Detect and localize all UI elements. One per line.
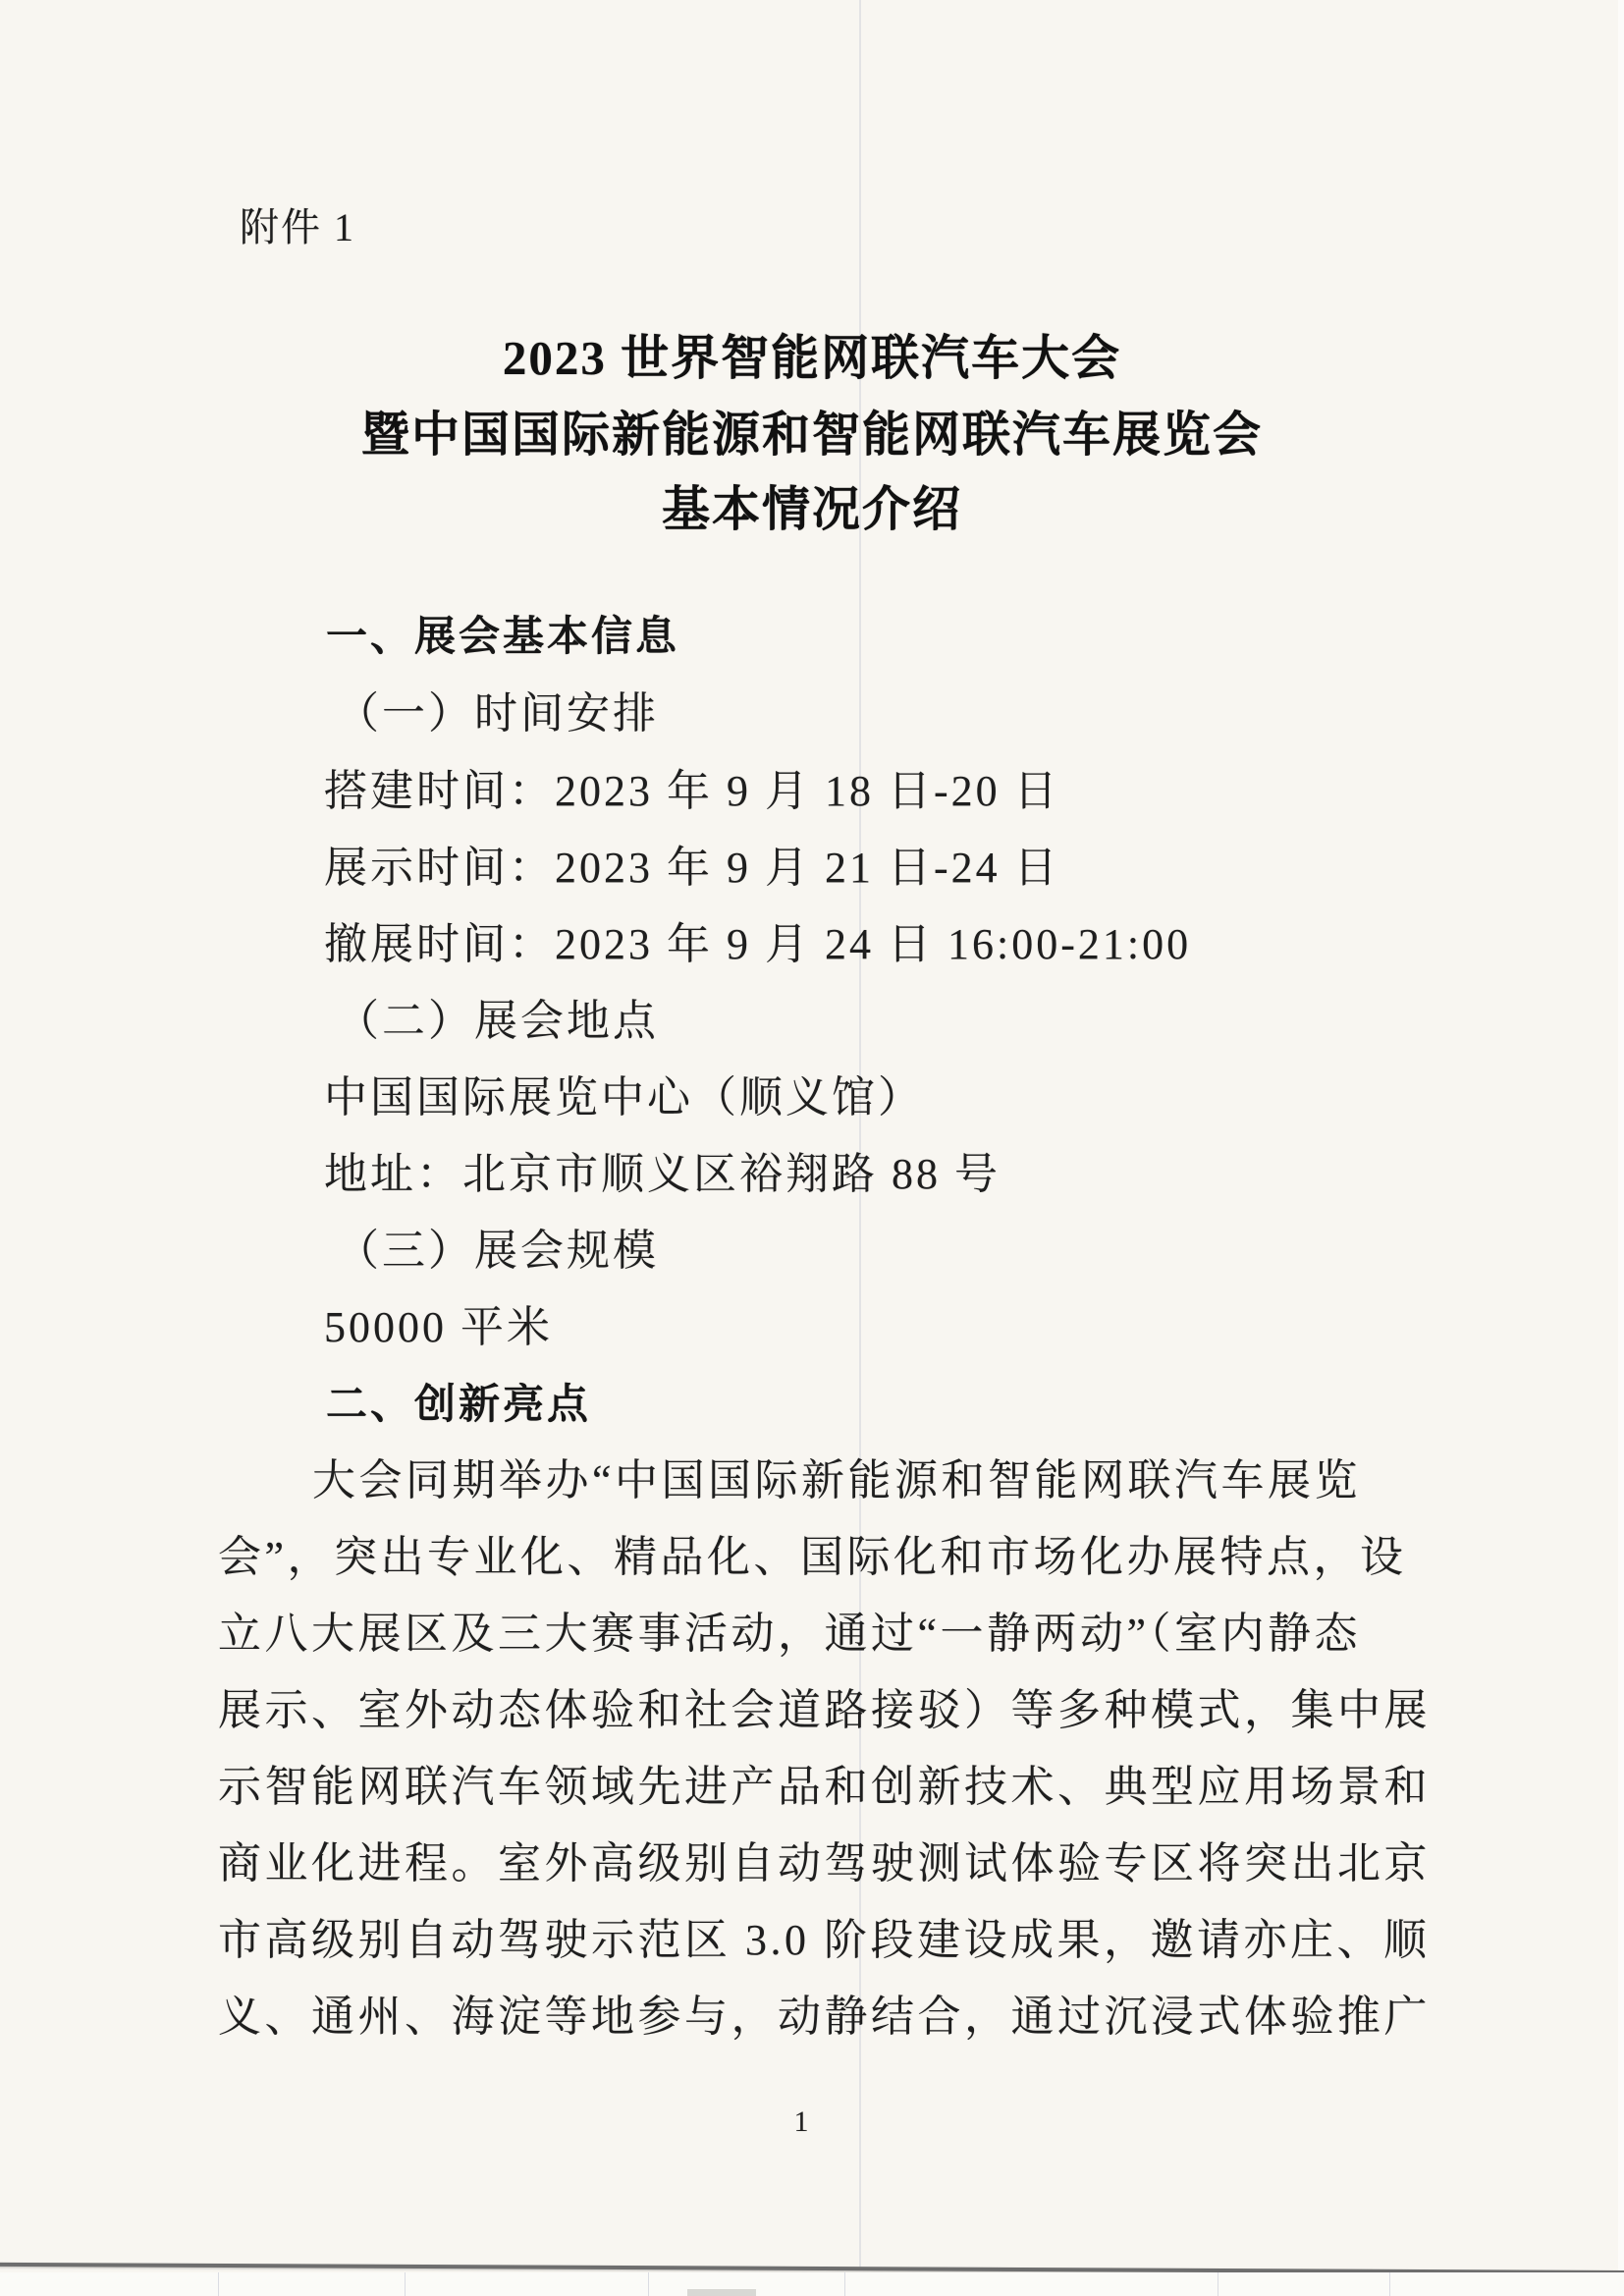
under-page-edge (405, 2272, 406, 2296)
paragraph-line: 立八大展区及三大赛事活动，通过“一静两动”（室内静态 (218, 1605, 1361, 1664)
paragraph-line: 大会同期举办“中国国际新能源和智能网联汽车展览 (312, 1451, 1361, 1510)
under-page-edge (218, 2272, 219, 2296)
document-title-line-3: 基本情况介绍 (0, 478, 1624, 541)
under-page-edge (1389, 2272, 1390, 2296)
venue-line: 中国国际展览中心（顺义馆） (324, 1068, 924, 1127)
section-heading-innovation: 二、创新亮点 (326, 1375, 591, 1434)
address-line: 地址：北京市顺义区裕翔路 88 号 (324, 1145, 1001, 1204)
schedule-item-setup: 搭建时间：2023 年 9 月 18 日-20 日 (324, 762, 1060, 821)
under-page-edge (648, 2272, 649, 2296)
document-title-line-2: 暨中国国际新能源和智能网联汽车展览会 (0, 404, 1624, 466)
subsection-heading-time: （一）时间安排 (336, 684, 659, 743)
under-page-shadow (687, 2289, 756, 2296)
attachment-label: 附件 1 (240, 198, 355, 257)
paragraph-line: 展示、室外动态体验和社会道路接驳）等多种模式，集中展 (218, 1681, 1431, 1740)
paragraph-line: 市高级别自动驾驶示范区 3.0 阶段建设成果，邀请亦庄、顺 (218, 1911, 1431, 1970)
paragraph-line: 示智能网联汽车领域先进产品和创新技术、典型应用场景和 (218, 1758, 1431, 1817)
subsection-heading-location: （二）展会地点 (336, 992, 659, 1051)
under-page-edge (1218, 2272, 1218, 2296)
under-page-edge (844, 2272, 845, 2296)
scale-value-line: 50000 平米 (324, 1298, 553, 1357)
paragraph-line: 商业化进程。室外高级别自动驾驶测试体验专区将突出北京 (218, 1834, 1431, 1893)
schedule-item-teardown: 撤展时间：2023 年 9 月 24 日 16:00-21:00 (324, 915, 1191, 974)
scanned-document-page: { "colors": { "paper": "#f8f6f1", "ink":… (0, 0, 1624, 2296)
paragraph-line: 会”，突出专业化、精品化、国际化和市场化办展特点，设 (218, 1528, 1407, 1587)
document-title-line-1: 2023 世界智能网联汽车大会 (0, 327, 1624, 390)
subsection-heading-scale: （三）展会规模 (336, 1222, 659, 1281)
schedule-item-exhibit: 展示时间：2023 年 9 月 21 日-24 日 (324, 839, 1060, 898)
section-heading-basic-info: 一、展会基本信息 (326, 607, 679, 666)
page-number: 1 (0, 2103, 1624, 2142)
paragraph-line: 义、通州、海淀等地参与，动静结合，通过沉浸式体验推广 (218, 1988, 1431, 2047)
scanner-under-strip (0, 2272, 1624, 2296)
